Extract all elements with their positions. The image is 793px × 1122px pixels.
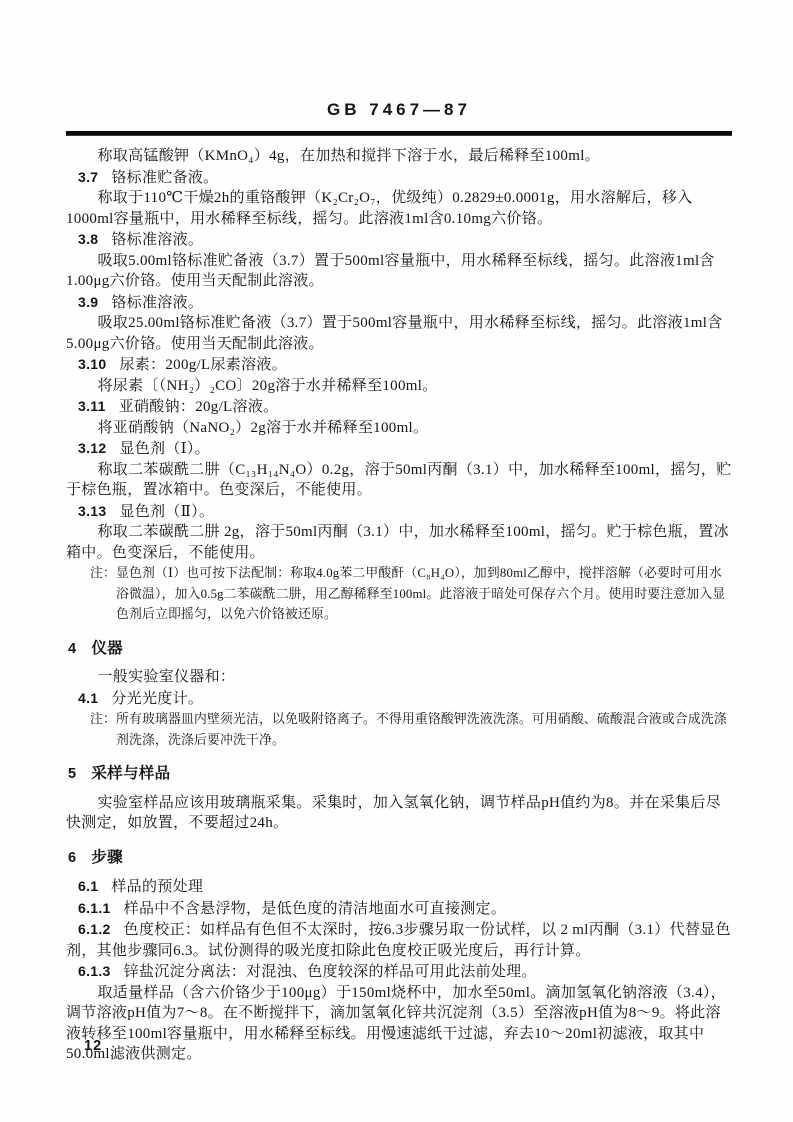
clause-6-1-2: 6.1.2色度校正：如样品有色但不太深时，按6.3步骤另取一份试样，以 2 ml… xyxy=(66,919,732,961)
paragraph: 称取于110℃干燥2h的重铬酸钾（K₂Cr₂O₇，优级纯）0.2829±0.00… xyxy=(66,188,732,229)
clause-3-11: 3.11亚硝酸钠：20g/L溶液。 xyxy=(66,396,732,418)
section-heading-6: 6步骤 xyxy=(66,848,732,869)
clause-number: 6.1 xyxy=(78,878,98,894)
clause-number: 3.7 xyxy=(78,169,98,185)
clause-6-1: 6.1样品的预处理 xyxy=(66,876,732,898)
clause-number: 6.1.3 xyxy=(78,963,111,979)
clause-3-12: 3.12显色剂（Ⅰ）。 xyxy=(66,438,732,460)
paragraph: 取适量样品（含六价铬少于100μg）于150ml烧杯中，加水至50ml。滴加氢氧… xyxy=(66,983,732,1065)
paragraph: 称取高锰酸钾（KMnO₄）4g，在加热和搅拌下溶于水，最后稀释至100ml。 xyxy=(66,146,732,167)
clause-number: 3.8 xyxy=(78,231,98,247)
paragraph: 实验室样品应该用玻璃瓶采集。采集时，加入氢氧化钠，调节样品pH值约为8。并在采集… xyxy=(66,793,732,834)
section-title: 仪器 xyxy=(91,640,123,657)
clause-number: 3.11 xyxy=(78,398,106,414)
section-number: 5 xyxy=(68,766,76,782)
header-rule xyxy=(66,131,732,136)
section-heading-5: 5采样与样品 xyxy=(66,764,732,785)
clause-3-9: 3.9铬标准溶液。 xyxy=(66,292,732,314)
section-heading-4: 4仪器 xyxy=(66,639,732,660)
note-text: 所有玻璃器皿内壁须光洁，以免吸附铬离子。不得用重铬酸钾洗液洗涤。可用硝酸、硫酸混… xyxy=(116,709,732,750)
section-number: 4 xyxy=(68,641,76,657)
paragraph: 吸取25.00ml铬标准贮备液（3.7）置于500ml容量瓶中，用水稀释至标线，… xyxy=(66,313,732,354)
clause-3-8: 3.8铬标准溶液。 xyxy=(66,229,732,251)
clause-number: 3.12 xyxy=(78,440,106,456)
clause-4-1: 4.1分光光度计。 xyxy=(66,688,732,710)
clause-text: 铬标准溶液。 xyxy=(111,295,203,311)
page-number: 12 xyxy=(84,1038,102,1054)
clause-number: 3.13 xyxy=(78,503,106,519)
note-text: 显色剂（Ⅰ）也可按下法配制：称取4.0g苯二甲酸酐（C₈H₄O），加到80ml乙… xyxy=(116,563,732,625)
note-label: 注： xyxy=(90,709,116,750)
clause-text: 分光光度计。 xyxy=(111,691,203,707)
document-body: 称取高锰酸钾（KMnO₄）4g，在加热和搅拌下溶于水，最后稀释至100ml。 3… xyxy=(66,146,732,1065)
paragraph: 将亚硝酸钠（NaNO₂）2g溶于水并稀释至100ml。 xyxy=(66,418,732,439)
clause-text: 色度校正：如样品有色但不太深时，按6.3步骤另取一份试样，以 2 ml丙酮（3.… xyxy=(66,922,731,959)
paragraph: 一般实验室仪器和： xyxy=(66,667,732,688)
clause-3-13: 3.13显色剂（Ⅱ）。 xyxy=(66,501,732,523)
paragraph: 称取二苯碳酰二肼（C₁₃H₁₄N₄O）0.2g，溶于50ml丙酮（3.1）中，加… xyxy=(66,460,732,501)
clause-number: 4.1 xyxy=(78,690,98,706)
clause-text: 亚硝酸钠：20g/L溶液。 xyxy=(119,399,279,415)
clause-number: 3.9 xyxy=(78,294,98,310)
clause-text: 样品的预处理 xyxy=(111,879,203,895)
clause-3-10: 3.10尿素：200g/L尿素溶液。 xyxy=(66,354,732,376)
paragraph: 将尿素〔（NH₂）₂CO〕20g溶于水并稀释至100ml。 xyxy=(66,376,732,397)
clause-text: 铬标准溶液。 xyxy=(111,232,203,248)
note-block: 注：所有玻璃器皿内壁须光洁，以免吸附铬离子。不得用重铬酸钾洗液洗涤。可用硝酸、硫… xyxy=(90,709,732,750)
note-block: 注：显色剂（Ⅰ）也可按下法配制：称取4.0g苯二甲酸酐（C₈H₄O），加到80m… xyxy=(90,563,732,625)
clause-number: 3.10 xyxy=(78,356,106,372)
clause-text: 锌盐沉淀分离法：对混浊、色度较深的样品可用此法前处理。 xyxy=(124,964,537,980)
clause-text: 铬标准贮备液。 xyxy=(111,170,218,186)
paragraph: 吸取5.00ml铬标准贮备液（3.7）置于500ml容量瓶中，用水稀释至标线，摇… xyxy=(66,251,732,292)
clause-6-1-1: 6.1.1样品中不含悬浮物，是低色度的清洁地面水可直接测定。 xyxy=(66,898,732,920)
section-title: 采样与样品 xyxy=(91,765,170,782)
clause-text: 尿素：200g/L尿素溶液。 xyxy=(119,357,287,373)
section-number: 6 xyxy=(68,850,76,866)
clause-3-7: 3.7铬标准贮备液。 xyxy=(66,167,732,189)
note-label: 注： xyxy=(90,563,116,625)
clause-text: 样品中不含悬浮物，是低色度的清洁地面水可直接测定。 xyxy=(124,901,507,917)
scanned-document-page: GB 7467—87 称取高锰酸钾（KMnO₄）4g，在加热和搅拌下溶于水，最后… xyxy=(0,0,793,1122)
clause-text: 显色剂（Ⅰ）。 xyxy=(119,441,210,457)
clause-text: 显色剂（Ⅱ）。 xyxy=(119,504,214,520)
section-title: 步骤 xyxy=(91,849,123,866)
clause-number: 6.1.2 xyxy=(78,921,111,937)
clause-number: 6.1.1 xyxy=(78,900,111,916)
paragraph: 称取二苯碳酰二肼 2g，溶于50ml丙酮（3.1）中，加水稀释至100ml，摇匀… xyxy=(66,522,732,563)
standard-number-header: GB 7467—87 xyxy=(66,100,732,120)
clause-6-1-3: 6.1.3锌盐沉淀分离法：对混浊、色度较深的样品可用此法前处理。 xyxy=(66,961,732,983)
